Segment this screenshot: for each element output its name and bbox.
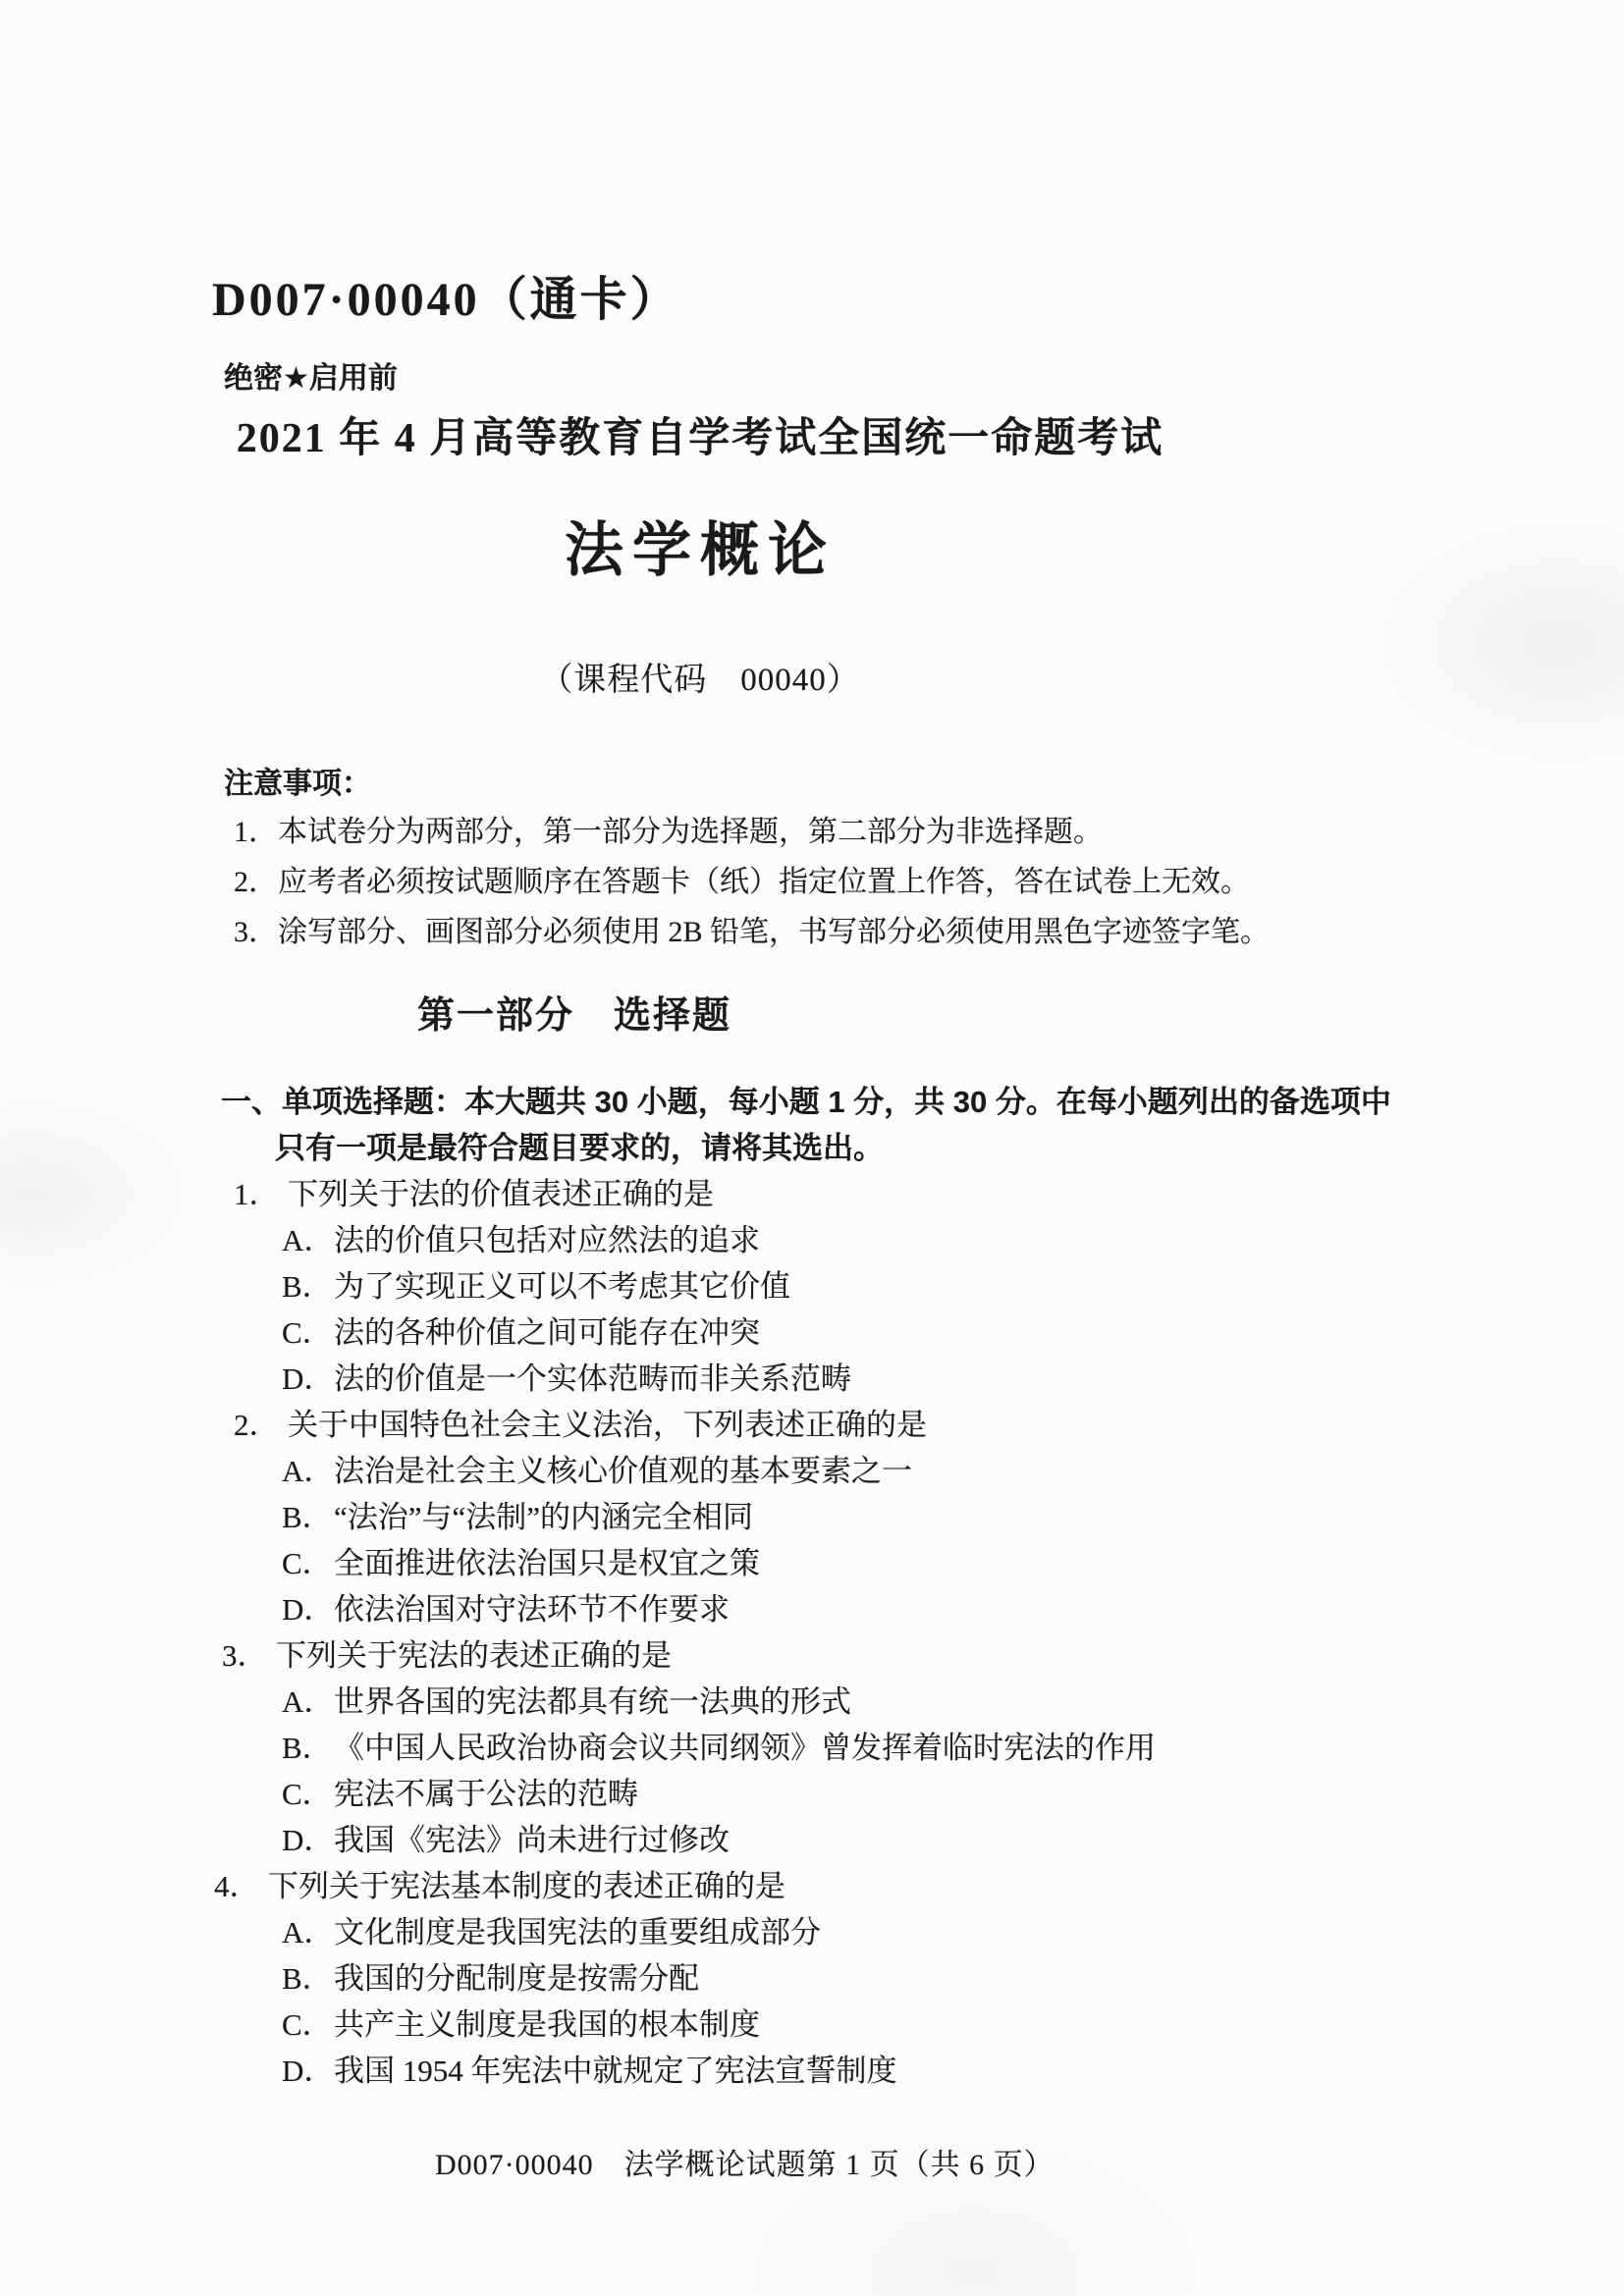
option-letter: D． [282,2048,334,2094]
course-code-line: （课程代码 00040） [0,654,1400,700]
option-letter: C． [282,2002,334,2048]
option-text: 我国的分配制度是按需分配 [334,1961,699,1996]
option-text: 为了实现正义可以不考虑其它价值 [334,1269,790,1304]
exam-session-title: 2021 年 4 月高等教育自学考试全国统一命题考试 [0,405,1400,464]
secrecy-notice: 绝密★启用前 [224,353,398,397]
option-text: 《中国人民政治协商会议共同纲领》曾发挥着临时宪法的作用 [334,1731,1156,1765]
paper-code-header: D007·00040（通卡） [212,261,680,329]
option-text: 我国《宪法》尚未进行过修改 [334,1823,730,1857]
question-text: 下列关于宪法基本制度的表述正确的是 [268,1869,785,1903]
option-letter: A． [282,1448,334,1494]
option-row: A．法的价值只包括对应然法的追求 [0,1217,1532,1263]
option-row: D．我国《宪法》尚未进行过修改 [0,1817,1532,1863]
option-letter: B． [282,1494,334,1540]
option-letter: C． [282,1771,334,1817]
question-text: 关于中国特色社会主义法治，下列表述正确的是 [288,1408,927,1442]
notes-list: 1．本试卷分为两部分，第一部分为选择题，第二部分为非选择题。 2．应考者必须按试… [234,807,1451,957]
option-text: 共产主义制度是我国的根本制度 [334,2007,760,2042]
option-row: C．宪法不属于公法的范畴 [0,1771,1532,1817]
option-row: C．法的各种价值之间可能存在冲突 [0,1309,1532,1356]
option-row: B．为了实现正义可以不考虑其它价值 [0,1263,1532,1309]
option-row: B．《中国人民政治协商会议共同纲领》曾发挥着临时宪法的作用 [0,1725,1532,1771]
note-item-2: 2．应考者必须按试题顺序在答题卡（纸）指定位置上作答，答在试卷上无效。 [234,857,1451,907]
notes-heading: 注意事项： [224,759,371,802]
option-letter: B． [282,1725,334,1771]
option-letter: B． [282,1263,334,1309]
option-text: 文化制度是我国宪法的重要组成部分 [334,1915,821,1949]
option-text: 依法治国对守法环节不作要求 [334,1592,730,1627]
option-text: 我国 1954 年宪法中就规定了宪法宣誓制度 [334,2054,897,2088]
option-row: A．法治是社会主义核心价值观的基本要素之一 [0,1448,1532,1494]
option-text: 法的价值只包括对应然法的追求 [334,1223,760,1257]
question-section: 一、单项选择题：本大题共 30 小题，每小题 1 分，共 30 分。在每小题列出… [0,1079,1532,2094]
option-row: D．法的价值是一个实体范畴而非关系范畴 [0,1356,1532,1402]
note-item-3: 3．涂写部分、画图部分必须使用 2B 铅笔，书写部分必须使用黑色字迹签字笔。 [234,907,1451,957]
question-text: 下列关于法的价值表述正确的是 [288,1177,714,1211]
option-letter: D． [282,1586,334,1632]
exam-paper-page: D007·00040（通卡） 绝密★启用前 2021 年 4 月高等教育自学考试… [0,0,1624,2296]
note-item-1: 1．本试卷分为两部分，第一部分为选择题，第二部分为非选择题。 [234,807,1451,857]
question-number: 3． [222,1632,276,1679]
option-row: B．“法治”与“法制”的内涵完全相同 [0,1494,1532,1540]
option-letter: A． [282,1909,334,1955]
option-row: B．我国的分配制度是按需分配 [0,1955,1532,2002]
option-text: 全面推进依法治国只是权宜之策 [334,1546,760,1580]
option-row: D．我国 1954 年宪法中就规定了宪法宣誓制度 [0,2048,1532,2094]
option-letter: D． [282,1356,334,1402]
part-one-heading: 第一部分 选择题 [417,985,731,1039]
option-row: D．依法治国对守法环节不作要求 [0,1586,1532,1632]
option-text: 法的价值是一个实体范畴而非关系范畴 [334,1362,851,1396]
option-text: 法治是社会主义核心价值观的基本要素之一 [334,1454,912,1488]
option-row: A．世界各国的宪法都具有统一法典的形式 [0,1679,1532,1725]
section-intro-line-2: 只有一项是最符合题目要求的，请将其选出。 [0,1125,1532,1171]
option-letter: D． [282,1817,334,1863]
option-letter: C． [282,1540,334,1586]
question-text: 下列关于宪法的表述正确的是 [276,1638,672,1673]
question-number: 1． [234,1171,288,1217]
question-stem: 3．下列关于宪法的表述正确的是 [0,1632,1532,1679]
question-number: 4． [214,1863,268,1909]
option-text: 宪法不属于公法的范畴 [334,1777,638,1811]
question-stem: 2．关于中国特色社会主义法治，下列表述正确的是 [0,1402,1532,1448]
option-text: 世界各国的宪法都具有统一法典的形式 [334,1684,851,1719]
option-letter: A． [282,1217,334,1263]
option-row: A．文化制度是我国宪法的重要组成部分 [0,1909,1532,1955]
option-letter: B． [282,1955,334,2002]
option-letter: C． [282,1309,334,1356]
question-stem: 4．下列关于宪法基本制度的表述正确的是 [0,1863,1532,1909]
page-footer: D007·00040 法学概论试题第 1 页（共 6 页） [435,2140,1055,2183]
option-text: 法的各种价值之间可能存在冲突 [334,1315,760,1350]
option-row: C．全面推进依法治国只是权宜之策 [0,1540,1532,1586]
exam-title: 法学概论 [0,504,1400,588]
option-letter: A． [282,1679,334,1725]
question-number: 2． [234,1402,288,1448]
option-row: C．共产主义制度是我国的根本制度 [0,2002,1532,2048]
question-stem: 1．下列关于法的价值表述正确的是 [0,1171,1532,1217]
section-intro-line-1: 一、单项选择题：本大题共 30 小题，每小题 1 分，共 30 分。在每小题列出… [0,1079,1532,1125]
option-text: “法治”与“法制”的内涵完全相同 [334,1500,753,1534]
